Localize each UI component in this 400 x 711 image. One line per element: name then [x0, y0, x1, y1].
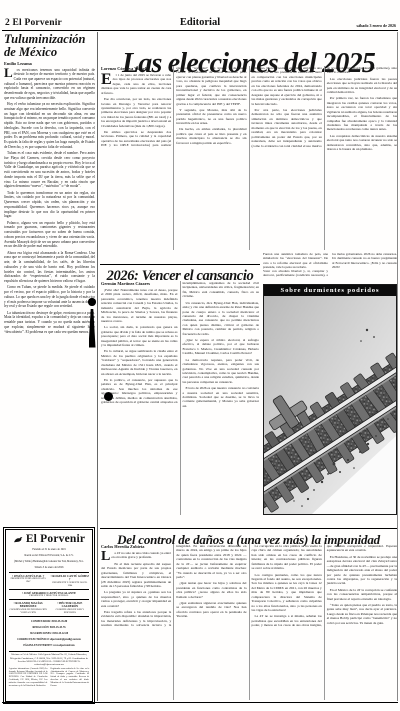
fine-print-right: Registrado como artículo de 2a. clase en…	[51, 668, 90, 688]
paragraph: Fundado el 31 de enero de 1919	[9, 548, 89, 552]
porvenir-bird-icon	[13, 535, 24, 544]
paragraph: os mexicanos tenemos una capacidad infin…	[4, 68, 95, 101]
drop-cap: L	[4, 68, 14, 79]
paragraph: CORREO ELECTRÓNICO: elporvenir@prodigy.n…	[9, 638, 89, 642]
masthead-box: El Porvenir Fundado el 31 de enero de 19…	[3, 527, 95, 704]
elecciones-ending: Fueron una auténtica tomadura de pelo, u…	[263, 252, 328, 269]
article-body: ¡Feliz año! Naturalmente tuteo con el de…	[101, 281, 259, 408]
paragraph: Razón social: Editora El Porvenir, S.A. …	[9, 554, 89, 558]
article-tuluminizacion: Tuluminización de México Emilio Lezama L…	[4, 33, 95, 523]
paragraph: La democracia requiere, para poder vivir…	[183, 358, 260, 385]
paragraph: Hoy el verbo tulumizar ya no necesita ex…	[4, 102, 95, 149]
header-rule	[2, 30, 398, 31]
byline: Emilio Lezama	[4, 61, 95, 66]
paragraph: “Tonto es quien piensa que el pueblo es …	[327, 603, 397, 625]
drop-cap: L	[101, 551, 111, 562]
page-header: 2 El Porvenir Editorial sábado 3 enero d…	[3, 17, 397, 30]
paragraph: Los castigos puntuales, como los que nun…	[252, 573, 322, 613]
article-body: a 4T no sale de una crisis cuando ya ent…	[101, 544, 397, 628]
paragraph: Lo social, sin duda, lo polarizado que g…	[101, 325, 178, 347]
paragraph: Tulum es el caso más evidente, desde el …	[4, 151, 95, 189]
paragraph: Ese día ocurrieron, por un lado, las ele…	[101, 97, 171, 128]
bullet-ornament	[104, 392, 113, 401]
paragraph: Por primera vez, no fueron los ciudadano…	[327, 96, 397, 132]
paragraph: SUSCRIPCIONES: 8183-45-42-08	[9, 632, 89, 636]
column-divider	[97, 32, 98, 701]
masthead-inner: El Porvenir Fundado el 31 de enero de 19…	[5, 529, 92, 701]
newspaper-page: 2 El Porvenir Editorial sábado 3 enero d…	[0, 0, 400, 711]
masthead-office: Oficinas en Cd. de México: Calle Ignacio…	[9, 653, 89, 666]
paragraph: De hecho, en ambas entidades, la plurali…	[176, 127, 246, 145]
masthead-person: • JOSÉ GERARDO CANTÚ ESCALANTE PRESIDENT…	[9, 592, 89, 598]
political-cartoon: Sobre durmientes podridos	[263, 284, 397, 515]
cartoon-title: Sobre durmientes podridos	[264, 285, 396, 296]
paragraph: Un cansancio, dice Byung-Chul Han, indiv…	[183, 301, 260, 337]
masthead-person: • JESÚS CANTÚ LEAL † PRESIDENTE FUNDADOR…	[9, 575, 48, 587]
paragraph: a 4T no sale de una crisis cuando ya ent…	[101, 551, 171, 560]
paragraph: Las elecciones judiciales fueron las peo…	[327, 77, 397, 95]
paragraph: ¿Qué le espera al árbitro electoral, al …	[183, 338, 260, 356]
drop-cap: E	[101, 73, 113, 86]
masthead-contacts: CONMUTADOR: 8183-45-45-80REDACCIÓN: 8183…	[9, 620, 89, 649]
paragraph: Ahora esa lógica está alcanzando a la Ro…	[4, 251, 95, 284]
paragraph: PÁGINA EN INTERNET: www.elporvenir.mx	[9, 644, 89, 648]
section-title: Editorial	[3, 17, 397, 28]
masthead-person: • ROGELIO CANTÚ GÓMEZ † PRESIDENTE Y GER…	[51, 575, 90, 587]
railroad-cartoon-illustration	[264, 296, 396, 514]
paragraph: REDACCIÓN: 8183-45-45-76	[9, 626, 89, 630]
byline: Germán Martínez Cázares	[101, 281, 178, 286]
article-cansancio: Germán Martínez Cázares ¡Feliz año! Natu…	[101, 281, 259, 515]
inverted-exclamation-ornament	[87, 298, 97, 351]
paragraph: Incluso, Morena resintió en ambas entida…	[252, 66, 322, 106]
page-right-border	[397, 32, 398, 701]
byline: Carlos Heredia Zubieta	[101, 544, 171, 549]
masthead-fine-print: Agencias informativas: (Acuerdo 2003) La…	[9, 668, 89, 688]
masthead-divider	[9, 616, 89, 617]
paragraph: Todo lo queremos transformar en un antro…	[4, 191, 95, 219]
paragraph: El reto de 2026 es que nuestro cansancio…	[183, 386, 260, 408]
paragraph: Polanco, alguna vez un espacio bello y p…	[4, 221, 95, 249]
article-title: Tuluminización de México	[4, 33, 95, 59]
paragraph: ¿Qué tenían que hacer los hijos y sobrin…	[176, 581, 246, 599]
paragraph: Las conquistas democráticas de nuestro s…	[327, 134, 397, 152]
article-body: l 1 de junio del 2025 se llevaron a cabo…	[101, 66, 397, 152]
article-continuations: Fueron una auténtica tomadura de pelo, u…	[263, 252, 397, 282]
paragraph: Y segunda, que Morena, más allá de la pr…	[176, 108, 246, 126]
paragraph: (Michel y Telmo) Hermenegildo Galeana Su…	[9, 560, 89, 564]
ornament-dot	[88, 298, 96, 306]
masthead-logo-row: El Porvenir	[9, 533, 89, 545]
paragraph: La tulumización no destruye de golpe, er…	[4, 311, 95, 335]
article-body: os mexicanos tenemos una capacidad infin…	[4, 68, 95, 335]
byline: Lorenzo Córdova Vianello	[101, 66, 171, 71]
paragraph: En lo cultural, se sigue sembrando la ci…	[101, 349, 178, 376]
paragraph: ¿Qué estándares siguieron exactamente qu…	[176, 601, 246, 619]
masthead-person: • HÉCTOR OLAVE CALDERÓN COORDINADOR DE W…	[51, 602, 90, 614]
masthead-logo-text: El Porvenir	[26, 533, 85, 545]
ornament-stem	[89, 309, 96, 348]
edition-date: sábado 3 enero de 2026	[357, 23, 396, 28]
paragraph: En Honduras, el 30 de noviembre se produ…	[327, 555, 397, 586]
masthead-person: • ROLANDO MACÍAS BERMÚDEZ COORDINADOR DE…	[9, 602, 48, 614]
paragraph: En el México de la 4T la corrupción se c…	[327, 588, 397, 601]
article-elecciones: Lorenzo Córdova Vianello E l 1 de junio …	[101, 66, 397, 250]
article-impunidad: Carlos Heredia Zubieta L a 4T no sale de…	[101, 544, 397, 700]
paragraph: En el más reciente episodio del saqueo d…	[101, 562, 171, 589]
paragraph: CONMUTADOR: 8183-45-45-80	[9, 620, 89, 624]
masthead-divider	[9, 589, 89, 590]
paragraph: Como en Tulum, se pierde la medida. Se p…	[4, 285, 95, 309]
masthead-coordinators-row: • ROLANDO MACÍAS BERMÚDEZ COORDINADOR DE…	[9, 602, 89, 614]
paragraph: La pregunta ya ni siquiera es ¿quiénes s…	[101, 590, 171, 608]
paragraph: ¡Feliz año! Naturalmente tuteo con el de…	[101, 288, 178, 324]
paragraph: La corrupción en la obra pública se ha v…	[252, 544, 322, 571]
fine-print-left: Agencias informativas: (Acuerdo 2003) La…	[9, 668, 48, 688]
masthead-presidents-row: • JESÚS CANTÚ LEAL † PRESIDENTE FUNDADOR…	[9, 575, 89, 587]
paragraph: Sábado 3 de enero del 2026	[9, 566, 89, 570]
masthead-divider	[9, 651, 89, 652]
masthead-founded: Fundado el 31 de enero de 1919Razón soci…	[9, 548, 89, 570]
